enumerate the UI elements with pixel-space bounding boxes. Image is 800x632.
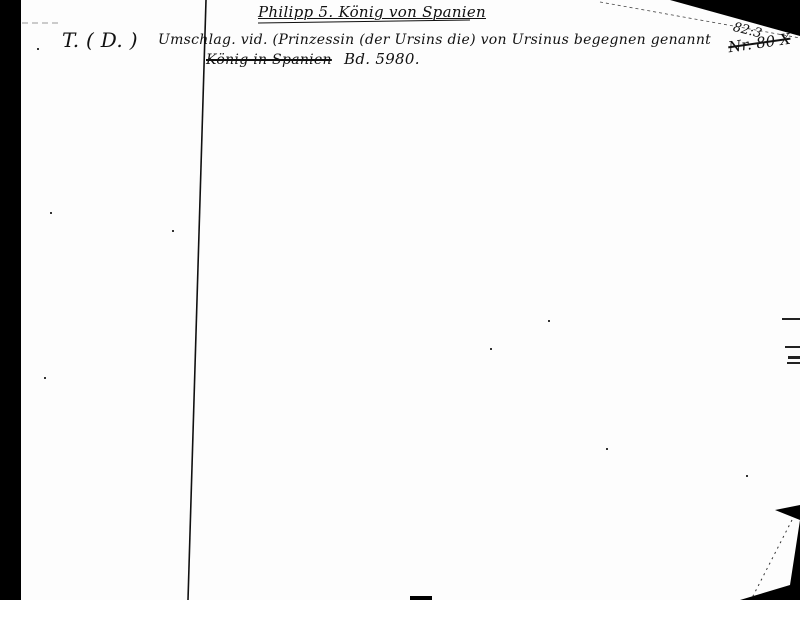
scan-border-left (0, 0, 21, 600)
scan-margin-bottom (0, 600, 800, 632)
reference-number: Bd. 5980. (344, 50, 420, 68)
speck (548, 320, 550, 322)
heading: Philipp 5. König von Spanien (258, 3, 486, 21)
main-entry-line: Umschlag. vid. (Prinzessin (der Ursins d… (158, 32, 711, 48)
speck (50, 212, 52, 214)
struck-line: König in Spanien (206, 52, 332, 68)
speck (172, 230, 174, 232)
scanned-document: T. ( D. ) Philipp 5. König von Spanien U… (0, 0, 800, 632)
scan-corner-bottom-right (740, 520, 800, 600)
letter-code: T. ( D. ) (62, 28, 138, 52)
speck (490, 348, 492, 350)
speck (44, 377, 46, 379)
speck (606, 448, 608, 450)
speck (37, 48, 39, 50)
speck (746, 475, 748, 477)
margin-rule (0, 0, 800, 600)
index-card: T. ( D. ) Philipp 5. König von Spanien U… (0, 0, 800, 600)
